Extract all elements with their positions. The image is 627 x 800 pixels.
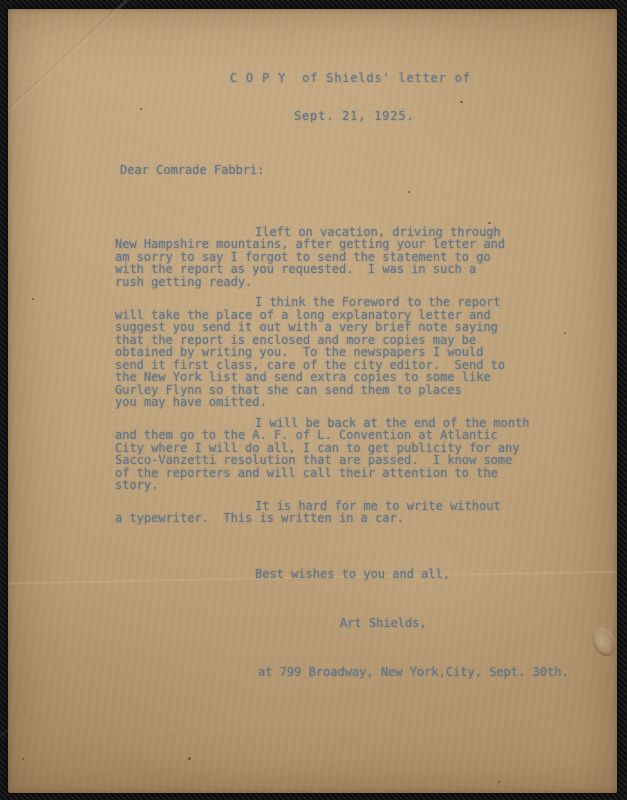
scan-background-mat: C O P Y of Shields' letter of Sept. 21, …: [0, 0, 627, 800]
letter-body: Dear Comrade Fabbri: Ileft on vacation, …: [115, 139, 565, 703]
salutation: Dear Comrade Fabbri:: [120, 164, 565, 177]
typed-line: Sacco-Vanzetti resolution that are passe…: [115, 454, 565, 467]
paper-speck: [140, 108, 142, 110]
closing-valediction: Best wishes to you and all,: [255, 568, 565, 581]
paper-speck: [498, 781, 500, 783]
paragraph: I think the Foreword to the reportwill t…: [115, 296, 565, 409]
typed-line: the New York list and send extra copies …: [115, 371, 565, 384]
fold-crease-top-left-a: [7, 0, 130, 112]
paper-speck: [22, 758, 24, 760]
typed-line: with the report as you requested. I was …: [115, 263, 565, 276]
letter-header: C O P Y of Shields' letter of Sept. 21, …: [230, 47, 471, 147]
typed-line: New Hampshire mountains, after getting y…: [115, 238, 565, 251]
paragraph: I will be back at the end of the monthan…: [115, 417, 565, 492]
header-copy-line: C O P Y of Shields' letter of: [230, 72, 471, 85]
typed-line: suggest you send it out with a very brie…: [115, 321, 565, 334]
typed-line: and them go to the A. F. of L. Conventio…: [115, 429, 565, 442]
letter-paragraphs: Ileft on vacation, driving throughNew Ha…: [115, 226, 565, 525]
fold-crease-bottom-left: [0, 667, 87, 736]
typed-line: obtained by writing you. To the newspape…: [115, 346, 565, 359]
typed-line: rush getting ready.: [115, 276, 565, 289]
paper-speck: [188, 757, 191, 760]
signature: Art Shields,: [340, 617, 565, 630]
paragraph: Ileft on vacation, driving throughNew Ha…: [115, 226, 565, 289]
fold-crease-top-left-b: [13, 23, 105, 125]
typed-line: I think the Foreword to the report: [115, 296, 565, 309]
letter-paper: C O P Y of Shields' letter of Sept. 21, …: [8, 9, 617, 793]
typed-line: a typewriter. This is written in a car.: [115, 512, 565, 525]
typed-line: you may have omitted.: [115, 396, 565, 409]
typed-line: of the reporters and will call their att…: [115, 467, 565, 480]
typed-line: story.: [115, 479, 565, 492]
header-date-line: Sept. 21, 1925.: [294, 110, 471, 123]
paper-speck: [32, 298, 34, 300]
paragraph: It is hard for me to write withouta type…: [115, 500, 565, 525]
paper-dent-right-edge: [589, 624, 619, 659]
closing-address-date: at 799 Broadway, New York,City, Sept. 30…: [258, 666, 565, 679]
